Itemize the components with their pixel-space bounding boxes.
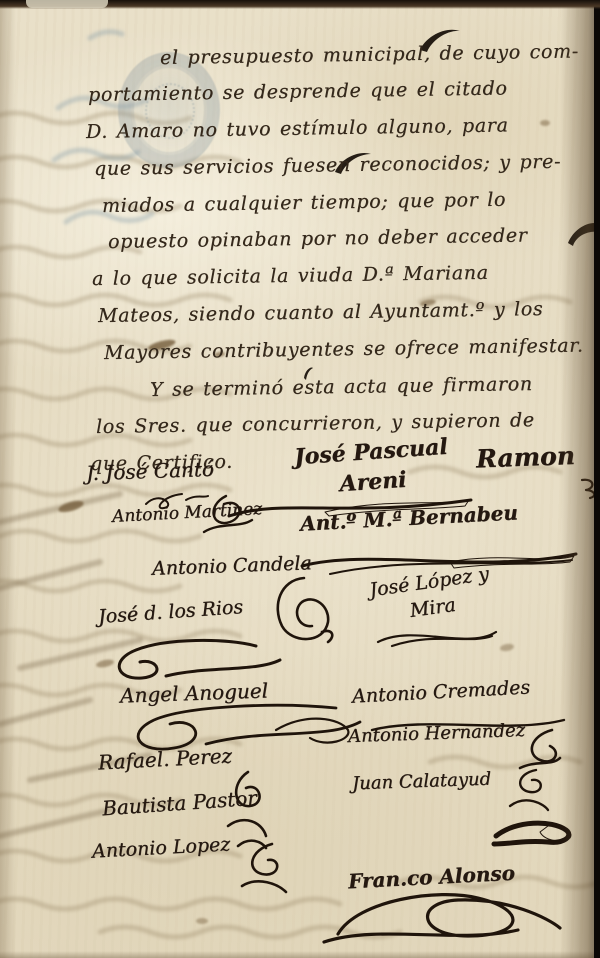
page-edge-tear bbox=[26, 0, 108, 8]
rubric-flourish-lopez bbox=[228, 838, 294, 896]
rubric-flourish-bernabeu bbox=[300, 540, 580, 580]
foxing-spot bbox=[196, 918, 208, 924]
rubric-flourish-calatayud bbox=[500, 766, 552, 816]
rubric-flourish-noguel bbox=[126, 700, 366, 762]
page-edge-left bbox=[0, 0, 16, 958]
rubric-flourish-martinez bbox=[196, 492, 256, 536]
rubric-flourish-alonso bbox=[318, 884, 568, 950]
rubric-flourish-rios bbox=[106, 636, 286, 690]
rubric-flourish-pascual bbox=[225, 488, 475, 524]
body-text: el presupuesto municipal, de cuyo com- p… bbox=[86, 40, 584, 483]
signature-jose-canto: J. José Cantó bbox=[86, 456, 215, 487]
manuscript-page: el presupuesto municipal, de cuyo com- p… bbox=[0, 0, 600, 958]
page-edge-bottom bbox=[0, 951, 600, 958]
signature-juan-calatayud: Juan Calatayud bbox=[352, 768, 492, 797]
rubric-flourish-lopez-mira bbox=[372, 622, 502, 652]
page-edge-right bbox=[594, 0, 600, 958]
